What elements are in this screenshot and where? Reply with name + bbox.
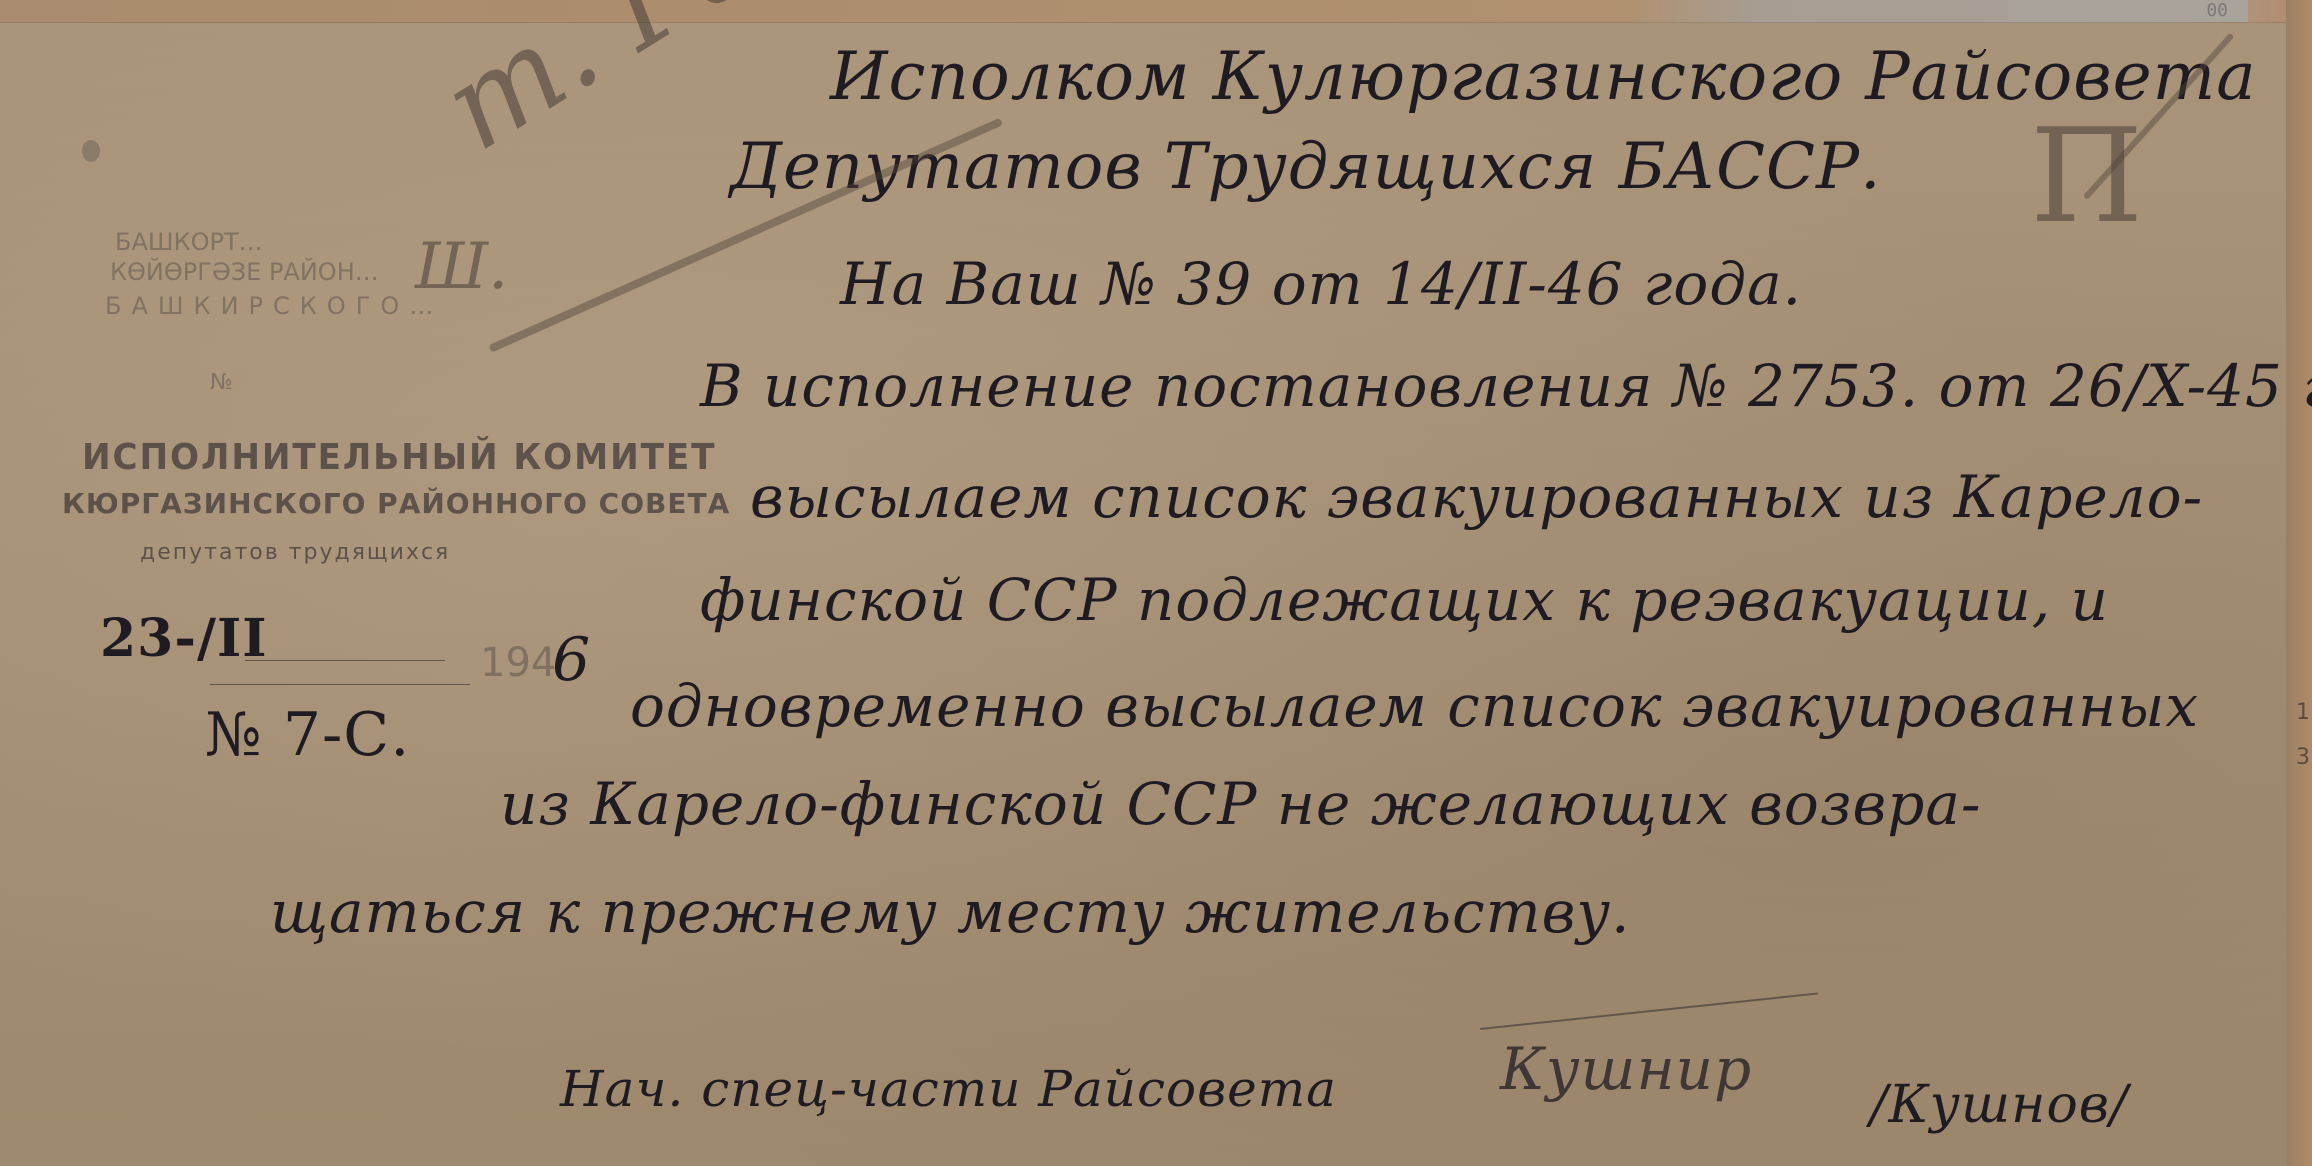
edge-mark: 3 bbox=[2296, 745, 2310, 770]
signature-title: Нач. спец-части Райсовета bbox=[560, 1060, 1337, 1118]
body-line-3: финской ССР подлежащих к реэвакуации, и bbox=[700, 566, 2109, 634]
signature-mark: Кушнир bbox=[1500, 1035, 1752, 1103]
date-line bbox=[210, 684, 470, 685]
body-line-2: высылаем список эвакуированных из Карело… bbox=[750, 463, 2203, 531]
top-paper-strip: 00 bbox=[0, 0, 2312, 23]
pencil-corner-mark: П bbox=[2030, 100, 2143, 252]
edge-mark: 1 bbox=[2296, 700, 2310, 725]
stamp-divider bbox=[245, 660, 445, 661]
right-paper-edge: 1 3 bbox=[2286, 0, 2312, 1166]
ink-stain bbox=[82, 140, 100, 162]
registration-date: 23-/II bbox=[100, 608, 268, 669]
stamp-top-line-4: № bbox=[210, 370, 233, 395]
stamp-main-line-1: Исполнительный комитет bbox=[82, 437, 716, 478]
top-strip-label: 00 bbox=[2008, 0, 2248, 22]
stamp-top-line-2: Кѳйөргәзе район… bbox=[110, 258, 379, 286]
stamp-main-line-3: депутатов трудящихся bbox=[140, 540, 450, 565]
body-line-6: щаться к прежнему месту жительству. bbox=[270, 878, 1630, 946]
stamp-top-line-1: Башкорт… bbox=[115, 228, 263, 256]
stamp-top-line-3: Башкирского… bbox=[105, 292, 443, 320]
registration-year-printed: 194 bbox=[480, 640, 556, 686]
body-line-1: В исполнение постановления № 2753. от 26… bbox=[700, 352, 2312, 420]
body-line-4: одновременно высылаем список эвакуирован… bbox=[630, 672, 2199, 740]
reference-line: На Ваш № 39 от 14/II-46 года. bbox=[840, 250, 1802, 318]
registration-year-handwritten: 6 bbox=[552, 625, 591, 695]
signature-name: /Кушнов/ bbox=[1870, 1075, 2129, 1135]
registration-number: № 7-С. bbox=[205, 700, 410, 770]
body-line-5: из Карело-финской ССР не желающих возвра… bbox=[500, 770, 1982, 838]
stamp-main-line-2: Кюргазинского районного совета bbox=[62, 487, 730, 520]
